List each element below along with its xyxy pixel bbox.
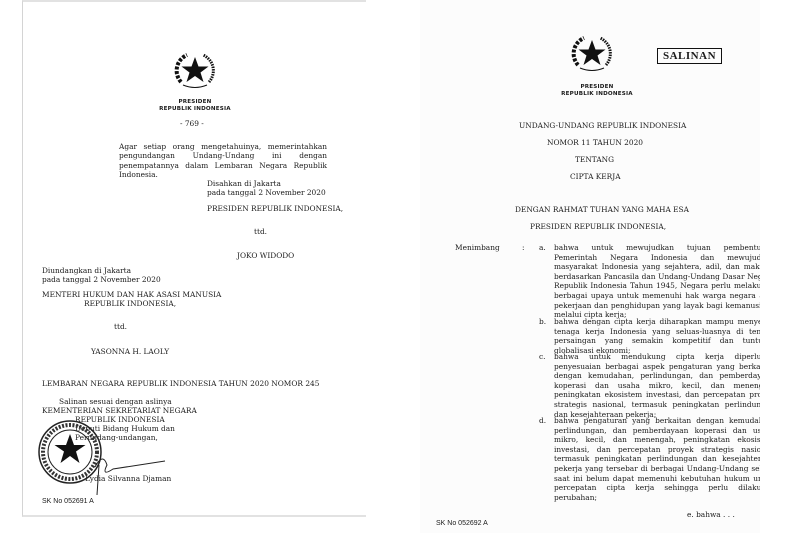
consideration-text: bahwa untuk mewujudkan tujuan pembentuka… (554, 243, 760, 320)
closing-paragraph: Agar setiap orang mengetahuinya, memerin… (119, 142, 327, 180)
document-page-right: PRESIDEN REPUBLIK INDONESIA SALINAN UNDA… (420, 0, 760, 533)
consideration-label: b. (539, 317, 546, 327)
about-label: TENTANG (575, 155, 614, 164)
consideration-text: bahwa pengaturan yang berkaitan dengan k… (554, 416, 760, 502)
header-republic: REPUBLIK INDONESIA (155, 106, 235, 112)
enacted-date: pada tanggal 2 November 2020 (207, 188, 326, 197)
invocation: DENGAN RAHMAT TUHAN YANG MAHA ESA (515, 205, 689, 214)
minister-title-line1: MENTERI HUKUM DAN HAK ASASI MANUSIA (42, 290, 221, 299)
consideration-text: bahwa untuk mendukung cipta kerja diperl… (554, 352, 760, 419)
promulgated-place: Diundangkan di Jakarta (42, 266, 131, 275)
page-gap (366, 0, 420, 533)
gazette-reference: LEMBARAN NEGARA REPUBLIK INDONESIA TAHUN… (42, 379, 319, 388)
law-number: NOMOR 11 TAHUN 2020 (547, 138, 643, 147)
consideration-label: d. (539, 416, 546, 426)
minister-title-line2: REPUBLIK INDONESIA, (84, 299, 176, 308)
minister-name: YASONNA H. LAOLY (91, 347, 169, 356)
president-title: PRESIDEN REPUBLIK INDONESIA, (207, 204, 343, 213)
serial-number: SK No 052692 A (436, 520, 488, 527)
consideration-label: a. (539, 243, 546, 253)
page-number: - 769 - (180, 119, 204, 128)
presidential-emblem-icon (173, 48, 217, 92)
law-subject: CIPTA KERJA (570, 172, 621, 181)
presidential-emblem-icon (570, 31, 614, 75)
copy-note: Salinan sesuai dengan aslinya (59, 397, 172, 406)
president-name: JOKO WIDODO (237, 251, 294, 260)
header-president: PRESIDEN (173, 99, 217, 105)
promulgated-date: pada tanggal 2 November 2020 (42, 275, 161, 284)
header-president: PRESIDEN (575, 84, 619, 90)
considering-label: Menimbang (455, 243, 500, 252)
president-signature: ttd. (254, 227, 267, 236)
enacted-place: Disahkan di Jakarta (207, 179, 281, 188)
salinan-stamp: SALINAN (657, 48, 722, 64)
consideration-text: bahwa dengan cipta kerja diharapkan mamp… (554, 317, 760, 355)
continuation-marker: e. bahwa . . . (687, 510, 735, 519)
serial-number: SK No 052691 A (42, 498, 94, 505)
header-republic: REPUBLIK INDONESIA (557, 91, 637, 97)
minister-signature: ttd. (114, 322, 127, 331)
president-title: PRESIDEN REPUBLIK INDONESIA, (530, 222, 666, 231)
copy-organization-line1: KEMENTERIAN SEKRETARIAT NEGARA (42, 406, 197, 415)
law-title: UNDANG-UNDANG REPUBLIK INDONESIA (519, 121, 686, 130)
considering-colon: : (522, 243, 525, 252)
document-page-left: PRESIDEN REPUBLIK INDONESIA - 769 - Agar… (22, 0, 367, 517)
consideration-label: c. (539, 352, 546, 362)
signature-icon (93, 447, 173, 497)
